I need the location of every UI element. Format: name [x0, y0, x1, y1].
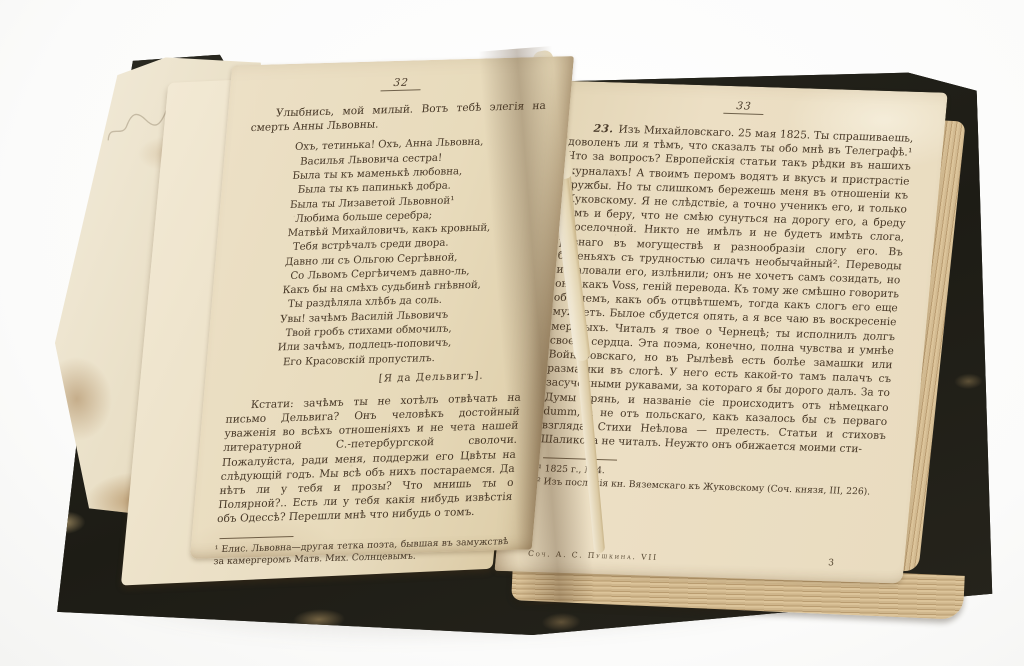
poem-attribution: [Я да Дельвигъ]. [378, 369, 523, 384]
elegy-poem: Охъ, тетинька! Охъ, Анна Львовна, Василь… [276, 134, 544, 370]
letter-number: 23. [593, 123, 614, 136]
footnote-rule-right [543, 458, 617, 461]
page-number-right: 33 [724, 100, 765, 115]
left-page: 32 Улыбнись, мой милый. Вотъ тебѣ элегія… [190, 56, 574, 559]
postscript-paragraph: Кстати: зачѣмъ ты не хотѣлъ отвѣчать на … [217, 390, 522, 526]
photo-open-antique-book: 33 23.Изъ Михайловскаго. 25 мая 1825. Ты… [0, 0, 1024, 666]
running-footer: Соч. А. С. Пушкина. VII 3 [528, 549, 877, 570]
elegy-intro-line: Улыбнись, мой милый. Вотъ тебѣ элегія на… [250, 99, 546, 136]
letter-body: Изъ Михайловскаго. 25 мая 1825. Ты спраш… [540, 124, 914, 456]
page-number-left: 32 [381, 76, 422, 91]
footnote-rule-left [219, 536, 293, 539]
signature-number: 3 [828, 558, 835, 568]
edition-title: Соч. А. С. Пушкина. VII [528, 549, 659, 562]
letter-23-text: 23.Изъ Михайловскаго. 25 мая 1825. Ты сп… [540, 121, 914, 457]
